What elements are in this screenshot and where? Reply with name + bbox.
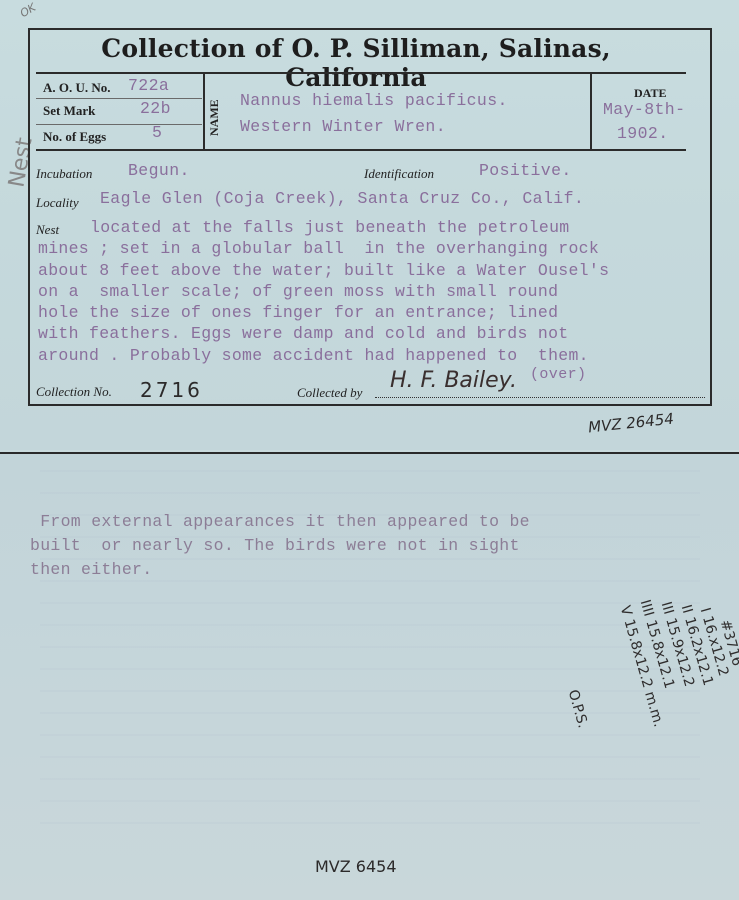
identification-value: Positive. <box>479 161 572 180</box>
catalog-number-front: MVZ 26454 <box>587 410 674 437</box>
incubation-label: Incubation <box>36 166 92 182</box>
date-label: DATE <box>634 86 666 101</box>
date-line2: 1902. <box>617 124 669 143</box>
catalog-number-back: MVZ 6454 <box>315 857 397 876</box>
margin-note-ok: OK <box>18 1 38 20</box>
incubation-value: Begun. <box>128 161 190 180</box>
divider <box>36 124 202 125</box>
nest-line: with feathers. Eggs were damp and cold a… <box>38 323 718 344</box>
divider <box>36 149 686 151</box>
nest-line: mines ; set in a globular ball in the ov… <box>38 238 718 259</box>
nest-line: around . Probably some accident had happ… <box>38 345 718 366</box>
divider <box>36 98 202 99</box>
over-note: (over) <box>530 366 586 383</box>
aou-value: 722a <box>128 76 169 95</box>
back-note: From external appearances it then appear… <box>30 510 710 582</box>
collection-no-label: Collection No. <box>36 384 112 400</box>
identification-label: Identification <box>364 166 434 182</box>
collected-by-line <box>375 397 705 398</box>
name-label: NAME <box>207 86 227 150</box>
locality-value: Eagle Glen (Coja Creek), Santa Cruz Co.,… <box>100 189 584 208</box>
nest-line: located at the falls just beneath the pe… <box>38 217 718 238</box>
eggs-label: No. of Eggs <box>43 129 106 145</box>
date-line1: May-8th- <box>603 100 685 119</box>
aou-label: A. O. U. No. <box>43 80 111 96</box>
collection-no-value: 2716 <box>140 378 203 402</box>
divider <box>36 72 686 74</box>
card-front: OK Nest Collection of O. P. Silliman, Sa… <box>0 0 739 450</box>
set-mark-value: 22b <box>140 99 171 118</box>
nest-line: about 8 feet above the water; built like… <box>38 260 718 281</box>
nest-line: hole the size of ones finger for an entr… <box>38 302 718 323</box>
common-name: Western Winter Wren. <box>240 117 446 136</box>
set-mark-label: Set Mark <box>43 103 95 119</box>
species-name: Nannus hiemalis pacificus. <box>240 91 508 110</box>
back-line: then either. <box>30 558 710 582</box>
nest-description: located at the falls just beneath the pe… <box>38 217 718 366</box>
divider <box>590 74 592 149</box>
eggs-value: 5 <box>152 123 162 142</box>
collected-by-label: Collected by <box>297 385 362 401</box>
back-line: From external appearances it then appear… <box>30 510 710 534</box>
back-line: built or nearly so. The birds were not i… <box>30 534 710 558</box>
collector-signature: H. F. Bailey. <box>390 368 517 393</box>
locality-label: Locality <box>36 195 79 211</box>
divider <box>203 74 205 149</box>
nest-line: on a smaller scale; of green moss with s… <box>38 281 718 302</box>
